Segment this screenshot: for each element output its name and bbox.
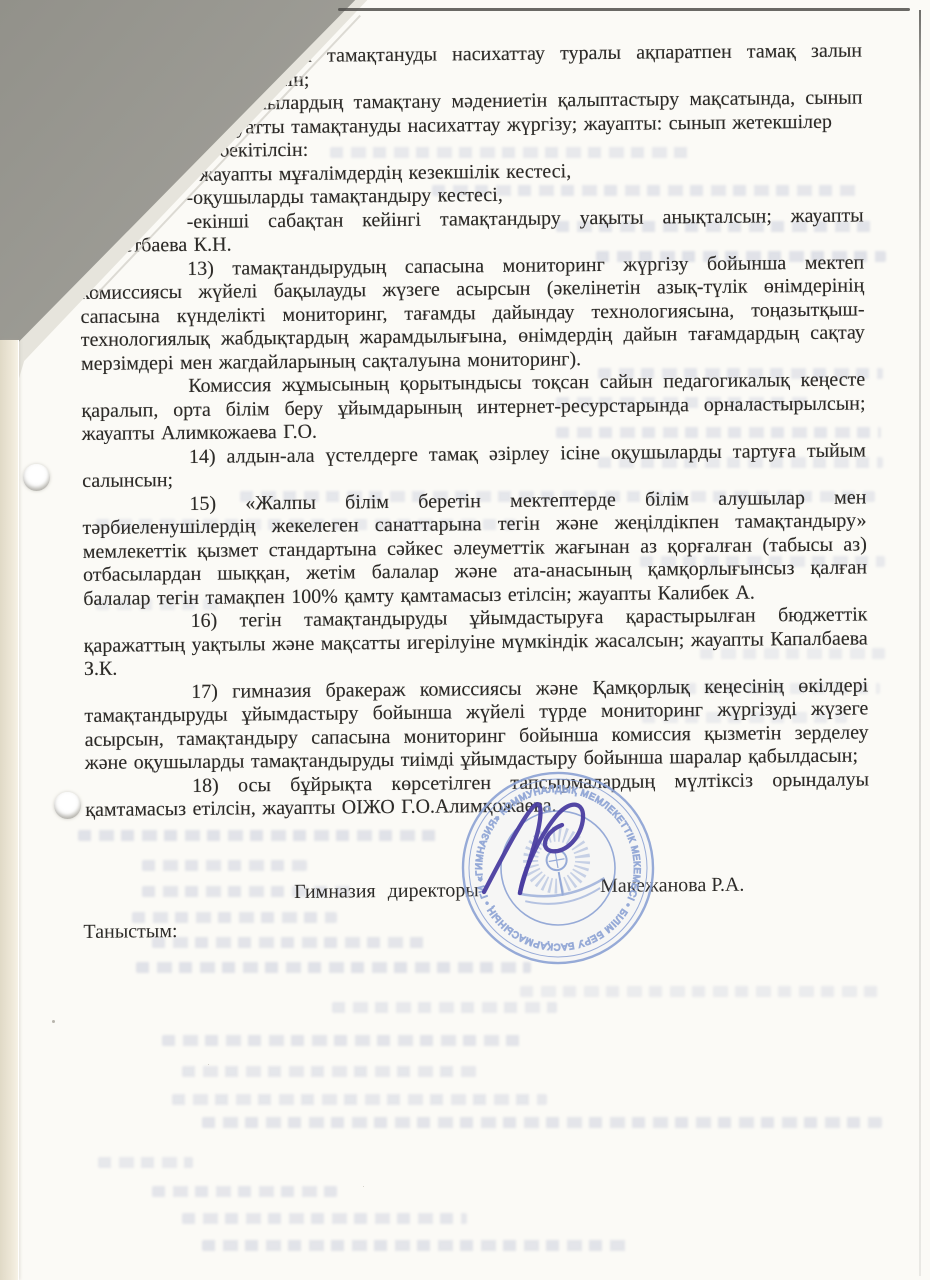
document-body: 10) салауатты тамақтануды насихаттау тур… xyxy=(78,39,869,822)
document-paragraph: Комиссия жұмысының қорытындысы тоқсан са… xyxy=(81,368,866,446)
page-top-edge xyxy=(338,8,910,11)
document-paragraph: 15) «Жалпы білім беретін мектептерде біл… xyxy=(82,486,867,611)
bleed-through-line xyxy=(202,1240,627,1251)
bleed-through-line xyxy=(78,830,438,841)
bleed-through-line xyxy=(202,1117,882,1128)
scanned-page: 10) салауатты тамақтануды насихаттау тур… xyxy=(0,0,930,1280)
bleed-through-line xyxy=(136,962,531,973)
bleed-through-line xyxy=(520,986,880,997)
bleed-through-line xyxy=(142,860,307,871)
document-paragraph: 16) тегін тамақтандыруды ұйымдастыруға қ… xyxy=(83,603,868,681)
punch-hole-bottom xyxy=(54,792,81,819)
document-paragraph: 17) гимназия бракераж комиссиясы және Қа… xyxy=(84,674,869,776)
document-paragraph: 10) салауатты тамақтануды насихаттау тур… xyxy=(78,39,862,94)
document-paragraph: 13) тамақтандырудың сапасына мониторинг … xyxy=(80,251,865,376)
document-paragraph: 11) оқушылардың тамақтану мәдениетін қал… xyxy=(78,86,862,141)
page-right-edge xyxy=(919,10,921,1276)
bleed-through-line xyxy=(152,1186,337,1197)
bleed-through-line xyxy=(98,1157,193,1168)
bleed-through-line xyxy=(182,1066,477,1077)
punch-hole-top xyxy=(23,464,50,491)
director-signature xyxy=(474,794,619,906)
bleed-through-line xyxy=(152,937,427,948)
document-paragraph: 14) алдын-ала үстелдерге тамақ әзірлеу і… xyxy=(82,439,866,494)
bleed-through-line xyxy=(172,1094,547,1105)
document-text-layer: 10) салауатты тамақтануды насихаттау тур… xyxy=(78,39,869,822)
bleed-through-line xyxy=(182,1213,467,1224)
document-paragraph: -екінші сабақтан кейінгі тамақтандыру уа… xyxy=(80,204,864,259)
dust-specks xyxy=(52,1020,55,1023)
bleed-through-line xyxy=(332,1002,557,1013)
bleed-through-line xyxy=(162,1035,527,1046)
page-left-edge xyxy=(0,340,18,1280)
director-title: Гимназия директоры xyxy=(294,879,479,904)
acquainted-label: Таныстым: xyxy=(83,920,177,944)
